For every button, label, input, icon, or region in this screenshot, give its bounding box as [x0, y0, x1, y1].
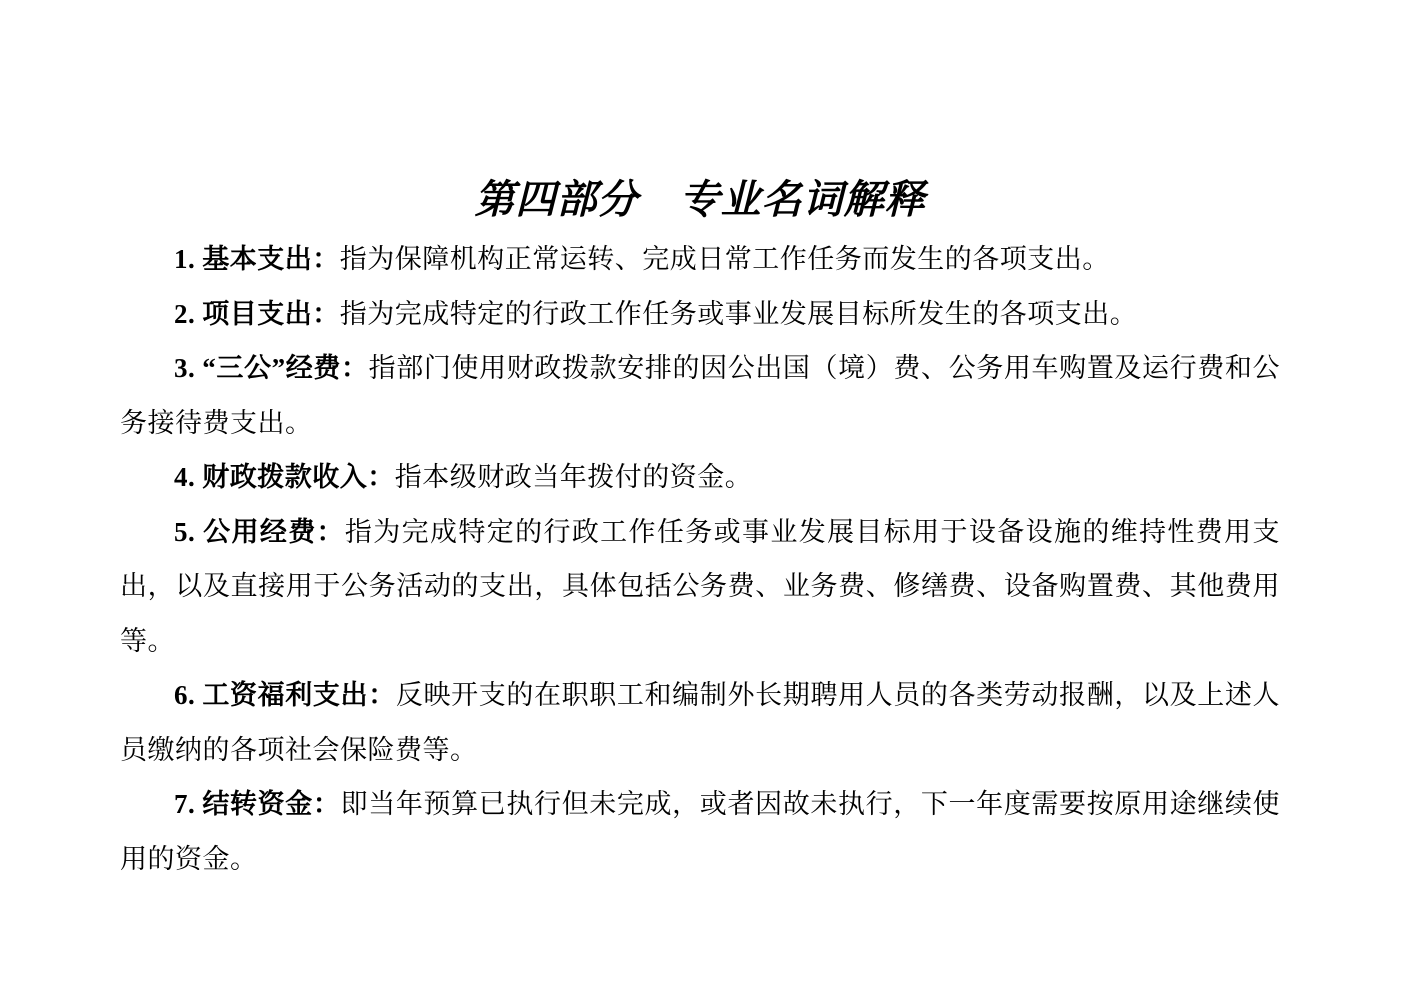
definition-item: 7.结转资金：即当年预算已执行但未完成，或者因故未执行，下一年度需要按原用途继续… — [120, 777, 1280, 886]
page-title: 第四部分 专业名词解释 — [120, 178, 1280, 222]
item-term: 财政拨款收入： — [202, 462, 395, 492]
item-term: 公用经费： — [202, 517, 345, 547]
item-number: 7. — [174, 789, 195, 819]
item-term: 项目支出： — [202, 299, 340, 329]
item-number: 1. — [174, 244, 195, 274]
definition-item: 2.项目支出：指为完成特定的行政工作任务或事业发展目标所发生的各项支出。 — [120, 287, 1280, 342]
item-number: 4. — [174, 462, 195, 492]
item-term: 基本支出： — [202, 244, 340, 274]
item-term: 结转资金： — [202, 789, 340, 819]
definition-item: 4.财政拨款收入：指本级财政当年拨付的资金。 — [120, 450, 1280, 505]
definition-item: 1.基本支出：指为保障机构正常运转、完成日常工作任务而发生的各项支出。 — [120, 232, 1280, 287]
item-number: 5. — [174, 517, 195, 547]
document-body: 第四部分 专业名词解释 1.基本支出：指为保障机构正常运转、完成日常工作任务而发… — [0, 0, 1403, 886]
item-number: 6. — [174, 680, 195, 710]
item-definition: 指本级财政当年拨付的资金。 — [395, 462, 753, 492]
definition-item: 6.工资福利支出：反映开支的在职职工和编制外长期聘用人员的各类劳动报酬，以及上述… — [120, 668, 1280, 777]
item-number: 3. — [174, 353, 195, 383]
terms-list: 1.基本支出：指为保障机构正常运转、完成日常工作任务而发生的各项支出。 2.项目… — [120, 232, 1280, 886]
item-term: 工资福利支出： — [202, 680, 396, 710]
definition-item: 5.公用经费：指为完成特定的行政工作任务或事业发展目标用于设备设施的维持性费用支… — [120, 505, 1280, 669]
item-term: “三公”经费： — [202, 353, 368, 383]
item-definition: 指为保障机构正常运转、完成日常工作任务而发生的各项支出。 — [340, 244, 1110, 274]
item-number: 2. — [174, 299, 195, 329]
item-definition: 指为完成特定的行政工作任务或事业发展目标所发生的各项支出。 — [340, 299, 1138, 329]
document-page: 第四部分 专业名词解释 1.基本支出：指为保障机构正常运转、完成日常工作任务而发… — [0, 0, 1403, 992]
definition-item: 3.“三公”经费：指部门使用财政拨款安排的因公出国（境）费、公务用车购置及运行费… — [120, 341, 1280, 450]
